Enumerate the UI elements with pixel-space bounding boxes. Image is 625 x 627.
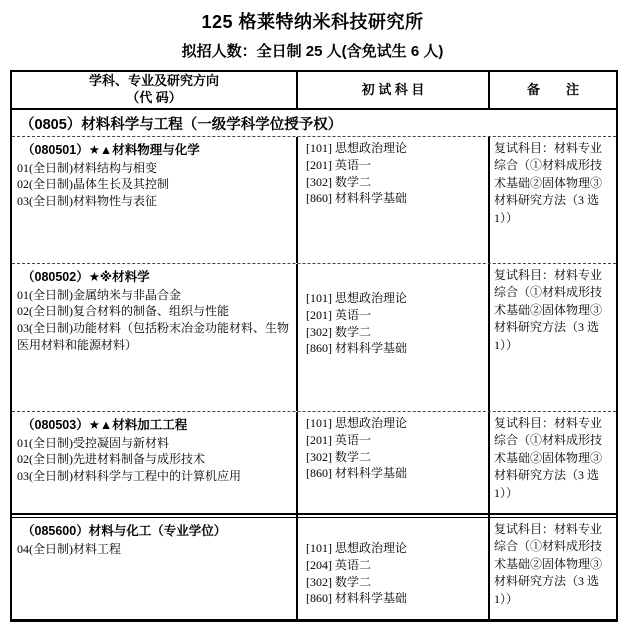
program-subjects-cell: [101] 思想政治理论 [201] 英语一 [302] 数学二 [860] 材…	[298, 412, 490, 513]
table-header-row: 学科、专业及研究方向 （代 码） 初 试 科 目 备 注	[12, 72, 616, 110]
subject-line: [204] 英语二	[302, 557, 483, 574]
program-title: （085600）材料与化工（专业学位）	[16, 521, 291, 541]
remark-text: 复试科目：材料专业综合（①材料成形技术基础②固体物理③材料研究方法（3 选 1）…	[494, 267, 611, 354]
subject-line: [101] 思想政治理论	[302, 140, 483, 157]
program-subjects-cell: [101] 思想政治理论 [201] 英语一 [302] 数学二 [860] 材…	[298, 264, 490, 411]
program-subjects-cell: [101] 思想政治理论 [201] 英语一 [302] 数学二 [860] 材…	[298, 137, 490, 263]
direction-line: 03(全日制)材料物性与表征	[16, 193, 291, 210]
program-row-085600: （085600）材料与化工（专业学位） 04(全日制)材料工程 [101] 思想…	[12, 518, 616, 619]
program-row-080502: （080502）★※材料学 01(全日制)金属纳米与非晶合金 02(全日制)复合…	[12, 264, 616, 412]
page-title: 125 格莱特纳米科技研究所	[0, 8, 625, 34]
divider-cell	[12, 515, 298, 517]
direction-line: 04(全日制)材料工程	[16, 541, 291, 558]
page-subtitle: 拟招人数：全日制 25 人(含免试生 6 人)	[0, 40, 625, 61]
direction-line: 02(全日制)晶体生长及其控制	[16, 176, 291, 193]
program-remark-cell: 复试科目：材料专业综合（①材料成形技术基础②固体物理③材料研究方法（3 选 1）…	[490, 137, 616, 263]
subject-line: [201] 英语一	[302, 432, 483, 449]
program-subjects-cell: [101] 思想政治理论 [204] 英语二 [302] 数学二 [860] 材…	[298, 518, 490, 619]
direction-line: 01(全日制)受控凝固与新材料	[16, 435, 291, 452]
header-col-remark: 备 注	[490, 72, 616, 108]
subject-line: [302] 数学二	[302, 449, 483, 466]
subject-line: [860] 材料科学基础	[302, 590, 483, 607]
direction-line: 02(全日制)复合材料的制备、组织与性能	[16, 303, 291, 320]
subject-line: [860] 材料科学基础	[302, 340, 483, 357]
remark-text: 复试科目：材料专业综合（①材料成形技术基础②固体物理③材料研究方法（3 选 1）…	[494, 521, 611, 608]
subject-line: [302] 数学二	[302, 324, 483, 341]
section-title: （0805）材料科学与工程（一级学科学位授予权）	[20, 113, 342, 134]
header-col-discipline: 学科、专业及研究方向 （代 码）	[12, 72, 298, 108]
subject-line: [302] 数学二	[302, 574, 483, 591]
program-row-080501: （080501）★▲材料物理与化学 01(全日制)材料结构与相变 02(全日制)…	[12, 137, 616, 264]
program-remark-cell: 复试科目：材料专业综合（①材料成形技术基础②固体物理③材料研究方法（3 选 1）…	[490, 518, 616, 619]
header-remark-label: 备 注	[527, 82, 579, 99]
header-exam-label: 初 试 科 目	[362, 82, 425, 99]
program-remark-cell: 复试科目：材料专业综合（①材料成形技术基础②固体物理③材料研究方法（3 选 1）…	[490, 412, 616, 513]
program-title: （080501）★▲材料物理与化学	[16, 140, 291, 160]
divider-cell	[298, 515, 490, 517]
header-discipline-line2: （代 码）	[126, 90, 182, 107]
program-remark-cell: 复试科目：材料专业综合（①材料成形技术基础②固体物理③材料研究方法（3 选 1）…	[490, 264, 616, 411]
remark-text: 复试科目：材料专业综合（①材料成形技术基础②固体物理③材料研究方法（3 选 1）…	[494, 415, 611, 502]
header-discipline-line1: 学科、专业及研究方向	[89, 73, 219, 90]
direction-line: 03(全日制)功能材料（包括粉末冶金功能材料、生物医用材料和能源材料）	[16, 320, 291, 354]
subject-line: [860] 材料科学基础	[302, 190, 483, 207]
section-row-0805: （0805）材料科学与工程（一级学科学位授予权）	[12, 110, 616, 137]
subject-line: [201] 英语一	[302, 307, 483, 324]
subject-line: [101] 思想政治理论	[302, 290, 483, 307]
direction-line: 01(全日制)金属纳米与非晶合金	[16, 287, 291, 304]
program-title: （080503）★▲材料加工工程	[16, 415, 291, 435]
divider-cell	[490, 515, 616, 517]
program-discipline-cell: （080501）★▲材料物理与化学 01(全日制)材料结构与相变 02(全日制)…	[12, 137, 298, 263]
subject-line: [302] 数学二	[302, 174, 483, 191]
header-col-exam-subjects: 初 试 科 目	[298, 72, 490, 108]
admissions-table: 学科、专业及研究方向 （代 码） 初 试 科 目 备 注 （0805）材料科学与…	[10, 70, 618, 622]
direction-line: 01(全日制)材料结构与相变	[16, 160, 291, 177]
program-discipline-cell: （085600）材料与化工（专业学位） 04(全日制)材料工程	[12, 518, 298, 619]
subject-line: [201] 英语一	[302, 157, 483, 174]
program-row-080503: （080503）★▲材料加工工程 01(全日制)受控凝固与新材料 02(全日制)…	[12, 412, 616, 515]
direction-line: 02(全日制)先进材料制备与成形技术	[16, 451, 291, 468]
direction-line: 03(全日制)材料科学与工程中的计算机应用	[16, 468, 291, 485]
program-title: （080502）★※材料学	[16, 267, 291, 287]
program-discipline-cell: （080502）★※材料学 01(全日制)金属纳米与非晶合金 02(全日制)复合…	[12, 264, 298, 411]
remark-text: 复试科目：材料专业综合（①材料成形技术基础②固体物理③材料研究方法（3 选 1）…	[494, 140, 611, 227]
subject-line: [101] 思想政治理论	[302, 415, 483, 432]
program-discipline-cell: （080503）★▲材料加工工程 01(全日制)受控凝固与新材料 02(全日制)…	[12, 412, 298, 513]
subject-line: [860] 材料科学基础	[302, 465, 483, 482]
subject-line: [101] 思想政治理论	[302, 540, 483, 557]
